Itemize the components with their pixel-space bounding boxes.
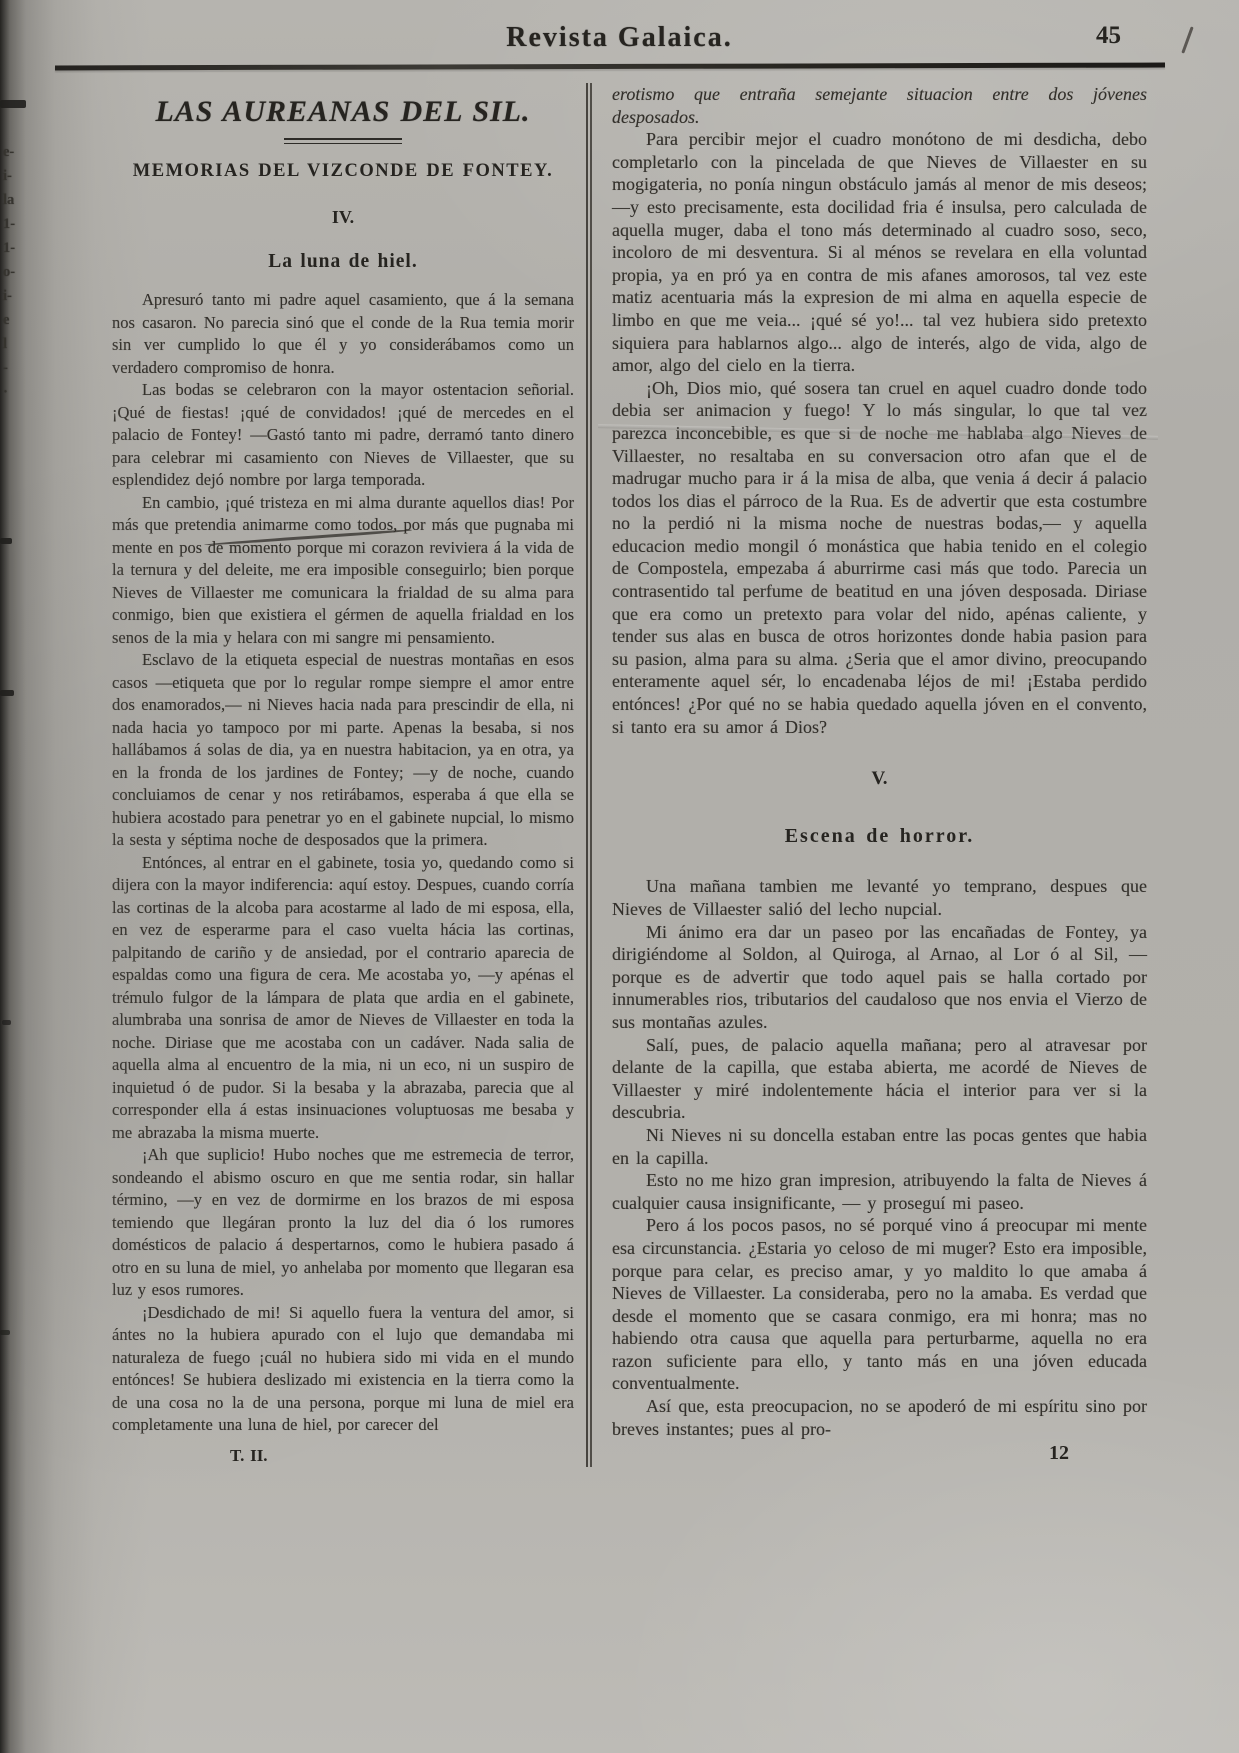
left-column-paragraphs: Apresuró tanto mi padre aquel casamiento… <box>112 289 574 1437</box>
margin-fragment: o- <box>3 260 27 284</box>
chapter-number: IV. <box>112 206 574 229</box>
ink-mark <box>0 538 12 544</box>
chapter-title: Escena de horror. <box>612 825 1147 848</box>
ink-mark <box>0 1330 10 1335</box>
paragraph: ¡Desdichado de mi! Si aquello fuera la v… <box>112 1302 574 1437</box>
margin-fragment: · <box>3 380 27 404</box>
ink-mark <box>0 100 26 108</box>
header-rule <box>55 63 1165 71</box>
paragraph: Ni Nieves ni su doncella estaban entre l… <box>612 1124 1147 1169</box>
bleed-through-fragments: e-i-la1-1-o-i-el-· <box>3 140 27 404</box>
sheet-signature: 12 <box>612 1442 1069 1465</box>
margin-fragment: la <box>3 188 27 212</box>
continuation-paragraph: erotismo que entraña semejante situacion… <box>612 83 1147 128</box>
paragraph: Esto no me hizo gran impresion, atribuye… <box>612 1169 1147 1214</box>
paragraph: Las bodas se celebraron con la mayor ost… <box>112 379 574 492</box>
paragraph: ¡Oh, Dios mio, qué sosera tan cruel en a… <box>612 377 1147 739</box>
page-header: Revista Galaica. 45 <box>0 0 1239 69</box>
column-divider-rule <box>586 83 592 1467</box>
right-column-paragraphs-bottom: Una mañana tambien me levanté yo tempran… <box>612 875 1147 1440</box>
left-column: LAS AUREANAS DEL SIL. MEMORIAS DEL VIZCO… <box>112 83 574 1467</box>
ink-mark <box>2 1020 11 1025</box>
two-column-text: LAS AUREANAS DEL SIL. MEMORIAS DEL VIZCO… <box>112 83 1147 1467</box>
paragraph: Una mañana tambien me levanté yo tempran… <box>612 875 1147 920</box>
scanned-page: e-i-la1-1-o-i-el-· Revista Galaica. 45 L… <box>0 0 1239 1753</box>
margin-fragment: l <box>3 332 27 356</box>
right-column: erotismo que entraña semejante situacion… <box>600 83 1147 1467</box>
right-column-paragraphs-top: Para percibir mejor el cuadro monótono d… <box>612 128 1147 738</box>
series-subtitle: MEMORIAS DEL VIZCONDE DE FONTEY. <box>112 160 574 183</box>
margin-fragment: i- <box>3 284 27 308</box>
paragraph: Para percibir mejor el cuadro monótono d… <box>612 128 1147 377</box>
chapter-title: La luna de hiel. <box>112 251 574 274</box>
margin-fragment: e- <box>3 140 27 164</box>
paragraph: Mi ánimo era dar un paseo por las encaña… <box>612 921 1147 1034</box>
paragraph: Salí, pues, de palacio aquella mañana; p… <box>612 1034 1147 1124</box>
paragraph: Apresuró tanto mi padre aquel casamiento… <box>112 289 574 379</box>
paragraph: En cambio, ¡qué tristeza en mi alma dura… <box>112 492 574 650</box>
paragraph: Así que, esta preocupacion, no se apoder… <box>612 1395 1147 1440</box>
tome-signature: T. II. <box>230 1445 574 1468</box>
margin-fragment: i- <box>3 164 27 188</box>
margin-fragment: - <box>3 356 27 380</box>
article-title: LAS AUREANAS DEL SIL. <box>112 101 574 124</box>
margin-fragment: e <box>3 308 27 332</box>
paragraph: Pero á los pocos pasos, no sé porqué vin… <box>612 1214 1147 1395</box>
page-number: 45 <box>1096 22 1121 50</box>
margin-fragment: 1- <box>3 236 27 260</box>
paragraph: Entónces, al entrar en el gabinete, tosi… <box>112 852 574 1145</box>
paragraph: Esclavo de la etiqueta especial de nuest… <box>112 649 574 852</box>
margin-fragment: 1- <box>3 212 27 236</box>
ink-mark <box>0 690 14 696</box>
chapter-number: V. <box>612 768 1147 791</box>
journal-title: Revista Galaica. <box>0 22 1239 54</box>
title-rule <box>284 138 402 144</box>
paragraph: ¡Ah que suplicio! Hubo noches que me est… <box>112 1144 574 1302</box>
